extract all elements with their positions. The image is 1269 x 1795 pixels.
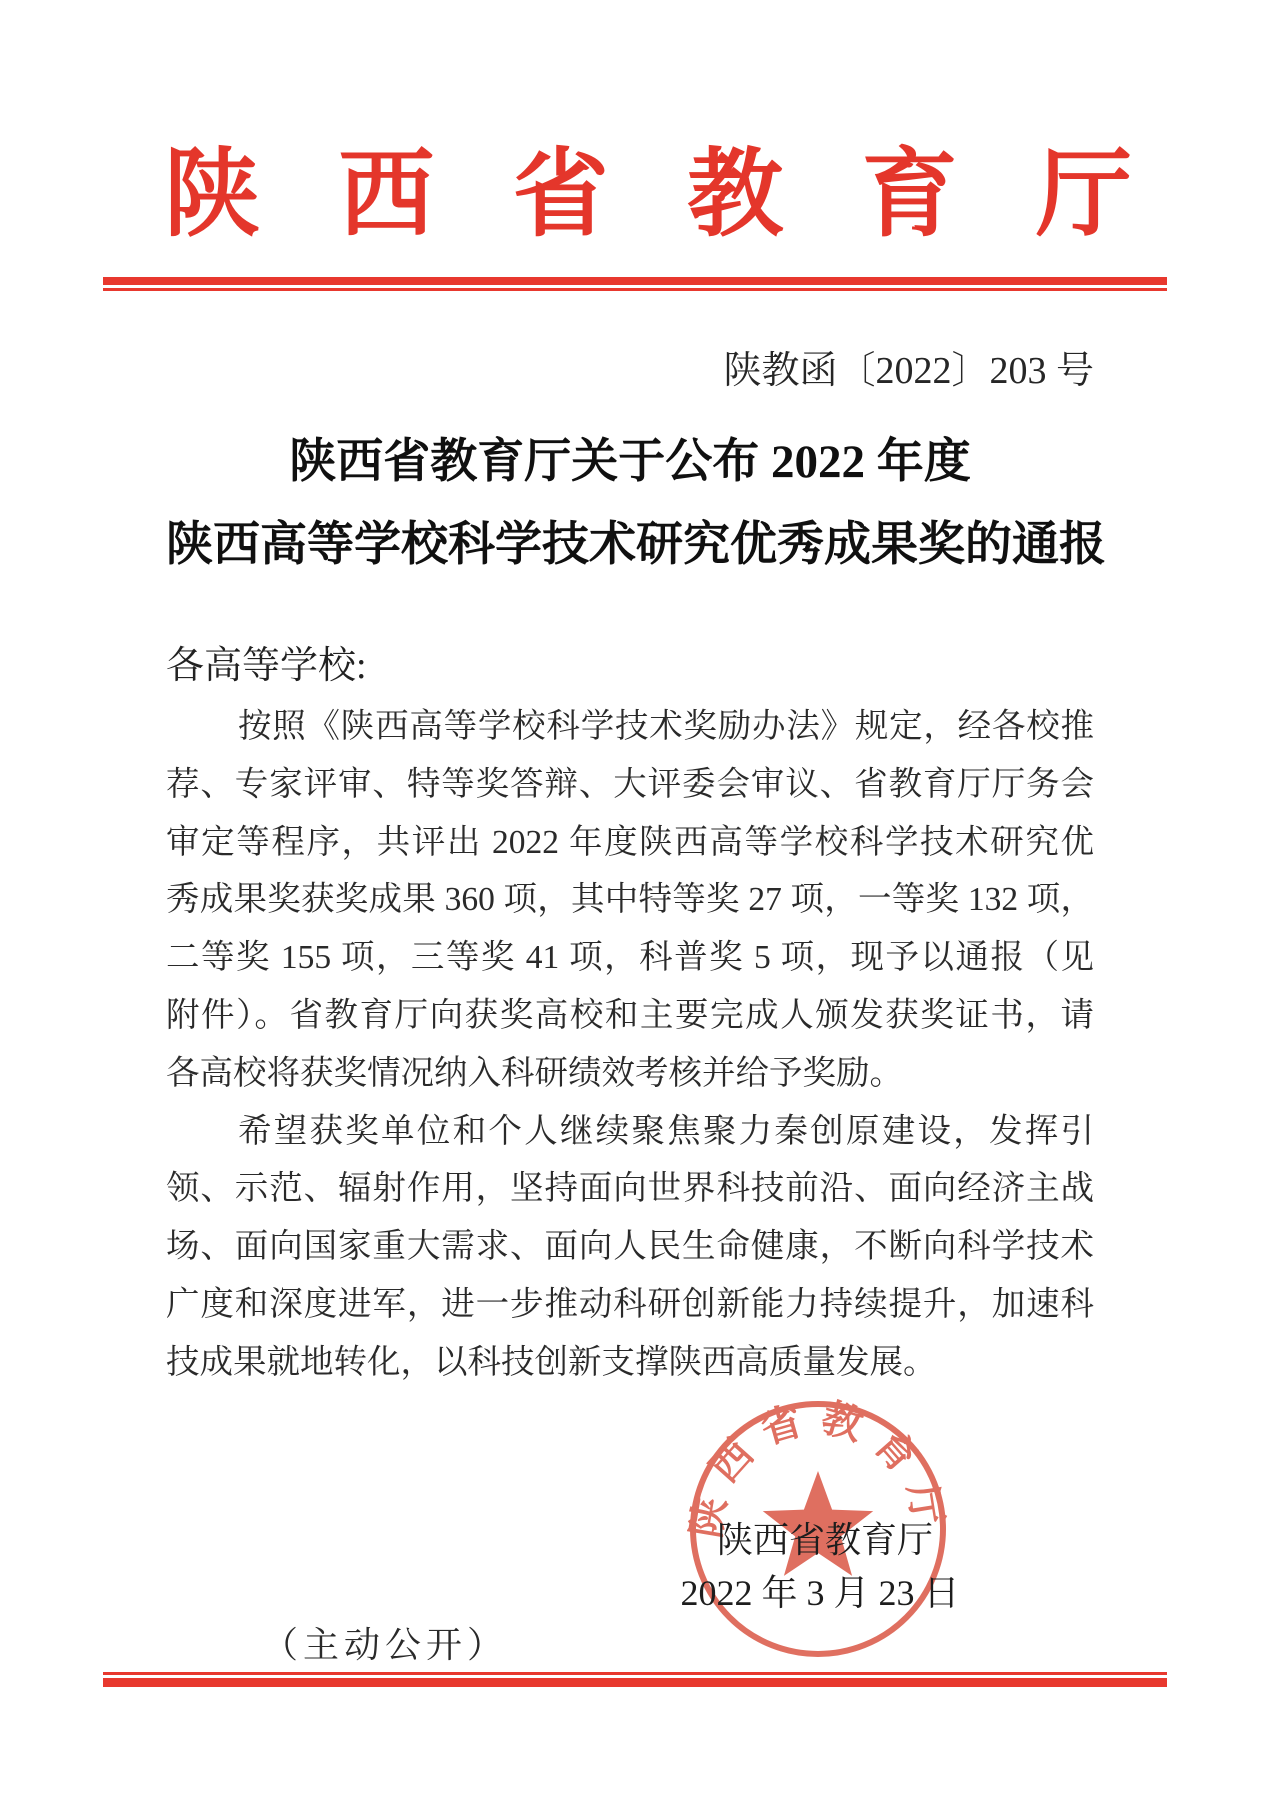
body-text: 按照《陕西高等学校科学技术奖励办法》规定，经各校推 荐、专家评审、特等奖答辩、大…: [166, 698, 1094, 1392]
body-line: 领、示范、辐射作用，坚持面向世界科技前沿、面向经济主战: [166, 1160, 1094, 1218]
footer-rule-thin: [103, 1672, 1167, 1675]
notice-title-line2: 陕西高等学校科学技术研究优秀成果奖的通报: [166, 516, 1094, 574]
salutation: 各高等学校:: [166, 643, 367, 689]
header-rule-thick: [103, 277, 1167, 285]
footer-rule-thick: [103, 1678, 1167, 1687]
body-line: 技成果就地转化，以科技创新支撑陕西高质量发展。: [166, 1334, 1094, 1392]
body-line: 审定等程序，共评出 2022 年度陕西高等学校科学技术研究优: [166, 814, 1094, 872]
notice-title-line1: 陕西省教育厅关于公布 2022 年度: [166, 433, 1094, 491]
body-line: 希望获奖单位和个人继续聚焦聚力秦创原建设，发挥引: [166, 1103, 1094, 1161]
signature-date: 2022 年 3 月 23 日: [650, 1572, 990, 1614]
document-page: 陕西省教育厅 陕教函〔2022〕203 号 陕西省教育厅关于公布 2022 年度…: [0, 0, 1269, 1795]
body-line: 按照《陕西高等学校科学技术奖励办法》规定，经各校推: [166, 698, 1094, 756]
signature-org: 陕西省教育厅: [680, 1519, 970, 1561]
doc-number: 陕教函〔2022〕203 号: [166, 349, 1094, 393]
body-line: 广度和深度进军，进一步推动科研创新能力持续提升，加速科: [166, 1276, 1094, 1334]
disclosure-note: （主动公开）: [262, 1623, 508, 1667]
body-line: 场、面向国家重大需求、面向人民生命健康，不断向科学技术: [166, 1218, 1094, 1276]
header-rule-thin: [103, 288, 1167, 291]
body-line: 荐、专家评审、特等奖答辩、大评委会审议、省教育厅厅务会: [166, 756, 1094, 814]
body-line: 二等奖 155 项，三等奖 41 项，科普奖 5 项，现予以通报（见: [166, 929, 1094, 987]
letterhead-title: 陕西省教育厅: [164, 136, 1132, 254]
body-line: 附件）。省教育厅向获奖高校和主要完成人颁发获奖证书，请: [166, 987, 1094, 1045]
body-line: 秀成果奖获奖成果 360 项，其中特等奖 27 项，一等奖 132 项，: [166, 871, 1094, 929]
body-line: 各高校将获奖情况纳入科研绩效考核并给予奖励。: [166, 1045, 1094, 1103]
